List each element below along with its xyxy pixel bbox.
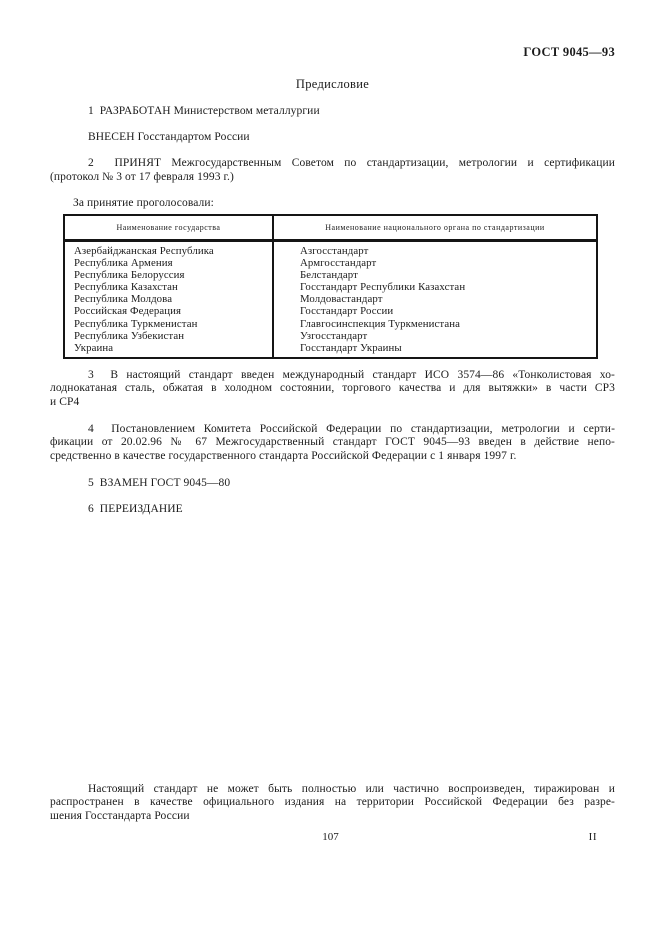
- org-name-cell: Армгосстандарт: [273, 257, 597, 269]
- voting-intro: За принятие проголосовали:: [50, 197, 615, 210]
- org-name-cell: Госстандарт России: [273, 305, 597, 317]
- column-header-org: Наименование национального органа по ста…: [273, 215, 597, 240]
- table-row: Республика АрменияАрмгосстандарт: [64, 257, 597, 269]
- text-line: 1 РАЗРАБОТАН Министерством металлургии: [50, 105, 615, 118]
- state-name-cell: Республика Молдова: [64, 293, 273, 305]
- paragraph-3-iso-standard: 3 В настоящий стандарт введен международ…: [50, 369, 615, 409]
- header-row: Наименование государства Наименование на…: [64, 215, 597, 240]
- table-row: Республика БелоруссияБелстандарт: [64, 269, 597, 281]
- org-name-cell: Азгосстандарт: [273, 240, 597, 257]
- table-row: Республика ТуркменистанГлавгосинспекция …: [64, 318, 597, 330]
- state-name-cell: Республика Туркменистан: [64, 318, 273, 330]
- state-name-cell: Российская Федерация: [64, 305, 273, 317]
- text-line: 6 ПЕРЕИЗДАНИЕ: [50, 503, 615, 516]
- state-name-cell: Республика Белоруссия: [64, 269, 273, 281]
- paragraph-6-reissue: 6 ПЕРЕИЗДАНИЕ: [50, 503, 615, 516]
- org-name-cell: Белстандарт: [273, 269, 597, 281]
- document-page: ГОСТ 9045—93 Предисловие 1 РАЗРАБОТАН Ми…: [0, 0, 661, 936]
- org-name-cell: Молдовастандарт: [273, 293, 597, 305]
- page-title: Предисловие: [50, 78, 615, 91]
- table-row: Республика МолдоваМолдовастандарт: [64, 293, 597, 305]
- text-line: распространен в качестве официального из…: [50, 796, 615, 809]
- page-number: 107: [50, 831, 611, 844]
- table-row: Азербайджанская РеспубликаАзгосстандарт: [64, 240, 597, 257]
- text-line: шения Госстандарта России: [50, 810, 615, 823]
- state-name-cell: Республика Узбекистан: [64, 330, 273, 342]
- org-name-cell: Узгосстандарт: [273, 330, 597, 342]
- page-footer: 107 II: [50, 831, 611, 845]
- state-name-cell: Украина: [64, 342, 273, 358]
- text-line: фикации от 20.02.96 № 67 Межгосударствен…: [50, 436, 615, 449]
- text-line: Настоящий стандарт не может быть полност…: [50, 783, 615, 796]
- text-line: лоднокатаная сталь, обжатая в холодном с…: [50, 382, 615, 395]
- org-name-cell: Главгосинспекция Туркменистана: [273, 318, 597, 330]
- text-line: 4 Постановлением Комитета Российской Фед…: [50, 423, 615, 436]
- doc-code: ГОСТ 9045—93: [50, 46, 615, 59]
- paragraph-5-replaces: 5 ВЗАМЕН ГОСТ 9045—80: [50, 477, 615, 490]
- text-line: (протокол № 3 от 17 февраля 1993 г.): [50, 171, 615, 184]
- text-line: и СР4: [50, 396, 615, 409]
- paragraph-submitted: ВНЕСЕН Госстандартом России: [50, 131, 615, 144]
- table-row: Республика УзбекистанУзгосстандарт: [64, 330, 597, 342]
- paragraph-1-developed: 1 РАЗРАБОТАН Министерством металлургии: [50, 105, 615, 118]
- voting-table-body: Азербайджанская РеспубликаАзгосстандартР…: [64, 240, 597, 357]
- text-line: средственно в качестве государственного …: [50, 450, 615, 463]
- voting-table-header: Наименование государства Наименование на…: [64, 215, 597, 240]
- column-header-state: Наименование государства: [64, 215, 273, 240]
- state-name-cell: Азербайджанская Республика: [64, 240, 273, 257]
- org-name-cell: Госстандарт Республики Казахстан: [273, 281, 597, 293]
- table-row: УкраинаГосстандарт Украины: [64, 342, 597, 358]
- table-row: Российская ФедерацияГосстандарт России: [64, 305, 597, 317]
- paragraph-2-accepted: 2 ПРИНЯТ Межгосударственным Советом по с…: [50, 157, 615, 184]
- state-name-cell: Республика Казахстан: [64, 281, 273, 293]
- sheet-number: II: [589, 831, 597, 844]
- org-name-cell: Госстандарт Украины: [273, 342, 597, 358]
- text-line: 2 ПРИНЯТ Межгосударственным Советом по с…: [50, 157, 615, 170]
- text-line: 5 ВЗАМЕН ГОСТ 9045—80: [50, 477, 615, 490]
- voting-table: Наименование государства Наименование на…: [63, 214, 598, 358]
- table-row: Республика КазахстанГосстандарт Республи…: [64, 281, 597, 293]
- text-line: ВНЕСЕН Госстандартом России: [50, 131, 615, 144]
- state-name-cell: Республика Армения: [64, 257, 273, 269]
- text-line: 3 В настоящий стандарт введен международ…: [50, 369, 615, 382]
- paragraph-4-decree: 4 Постановлением Комитета Российской Фед…: [50, 423, 615, 463]
- text-line: За принятие проголосовали:: [50, 197, 615, 210]
- copyright-note: Настоящий стандарт не может быть полност…: [50, 783, 615, 823]
